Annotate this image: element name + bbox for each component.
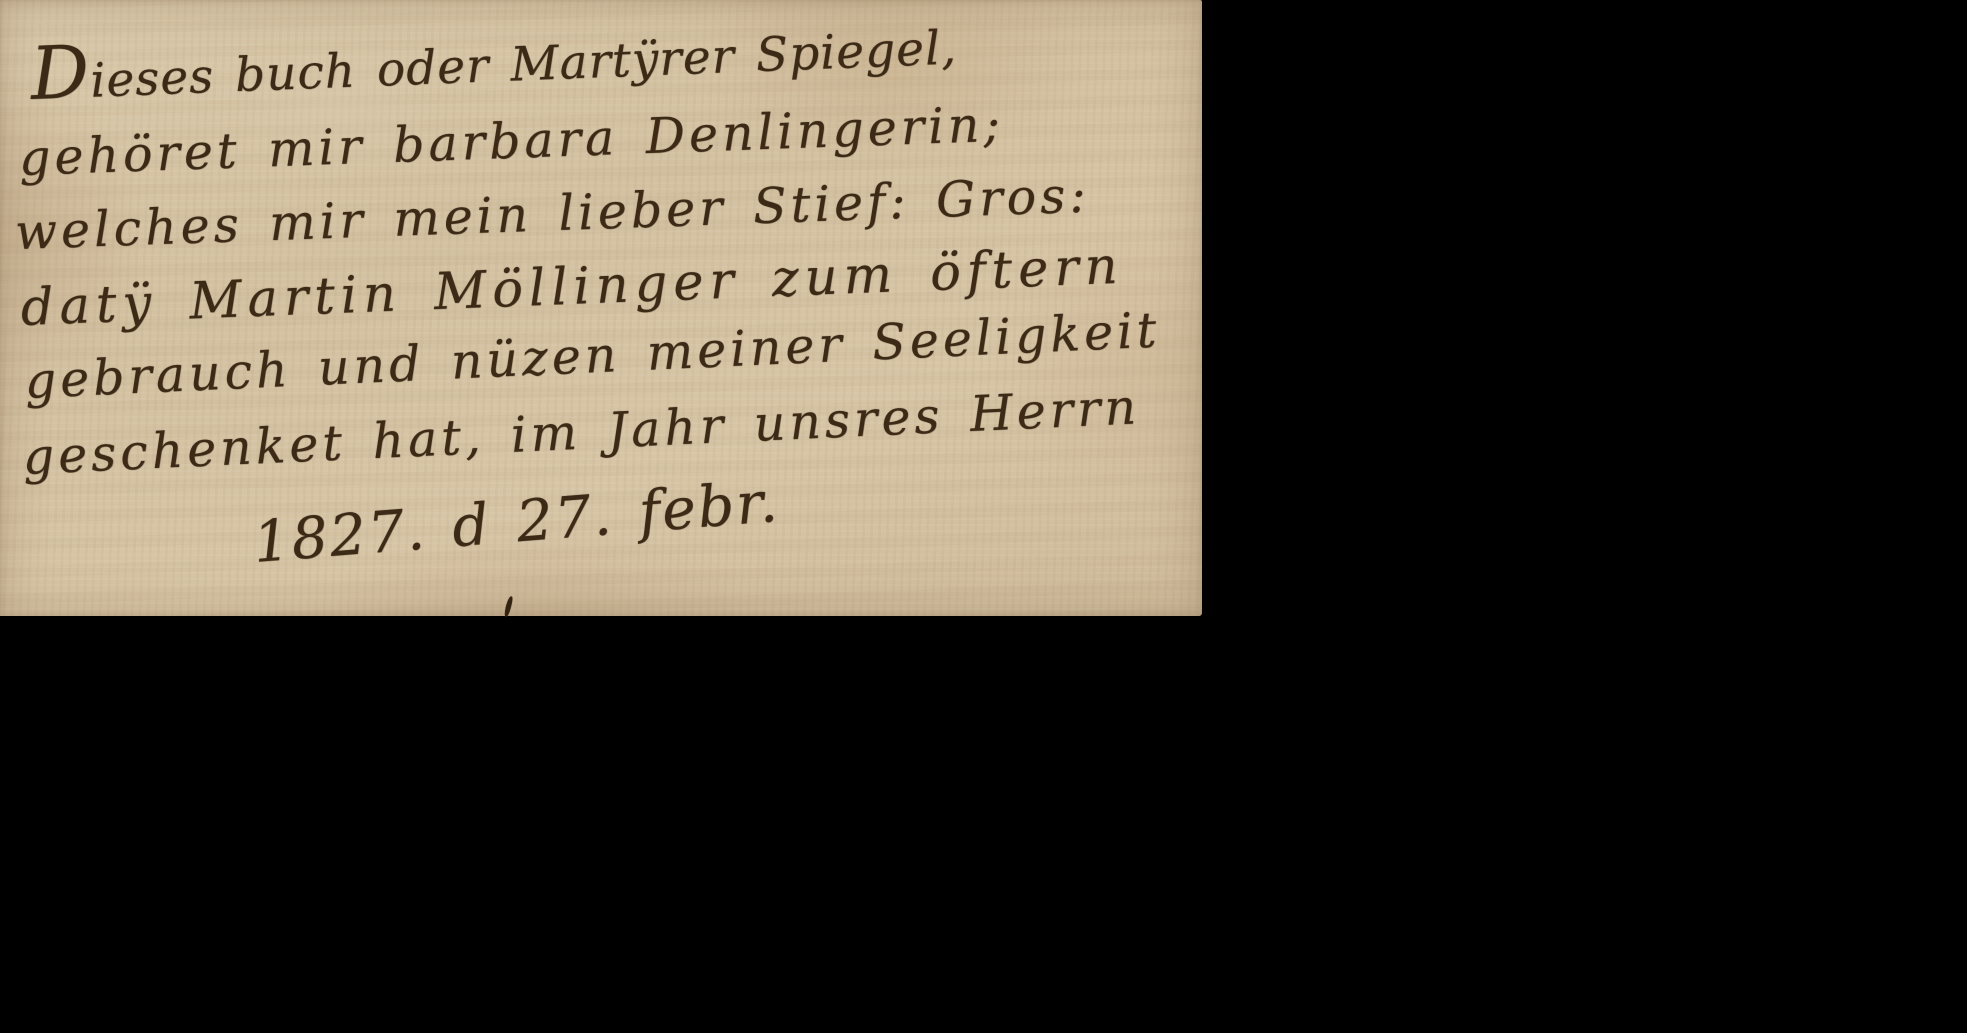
manuscript-line-1: Dieses buch oder Martÿrer Spiegel, — [30, 10, 958, 109]
manuscript-line-2: gehöret mir barbara Denlingerin; — [18, 98, 1005, 186]
scan-background: Dieses buch oder Martÿrer Spiegel, gehör… — [0, 0, 1967, 1033]
cropped-stroke-mark — [504, 596, 514, 618]
manuscript-page: Dieses buch oder Martÿrer Spiegel, gehör… — [0, 0, 1202, 616]
manuscript-date-line: 1827. d 27. febr. — [251, 471, 781, 575]
